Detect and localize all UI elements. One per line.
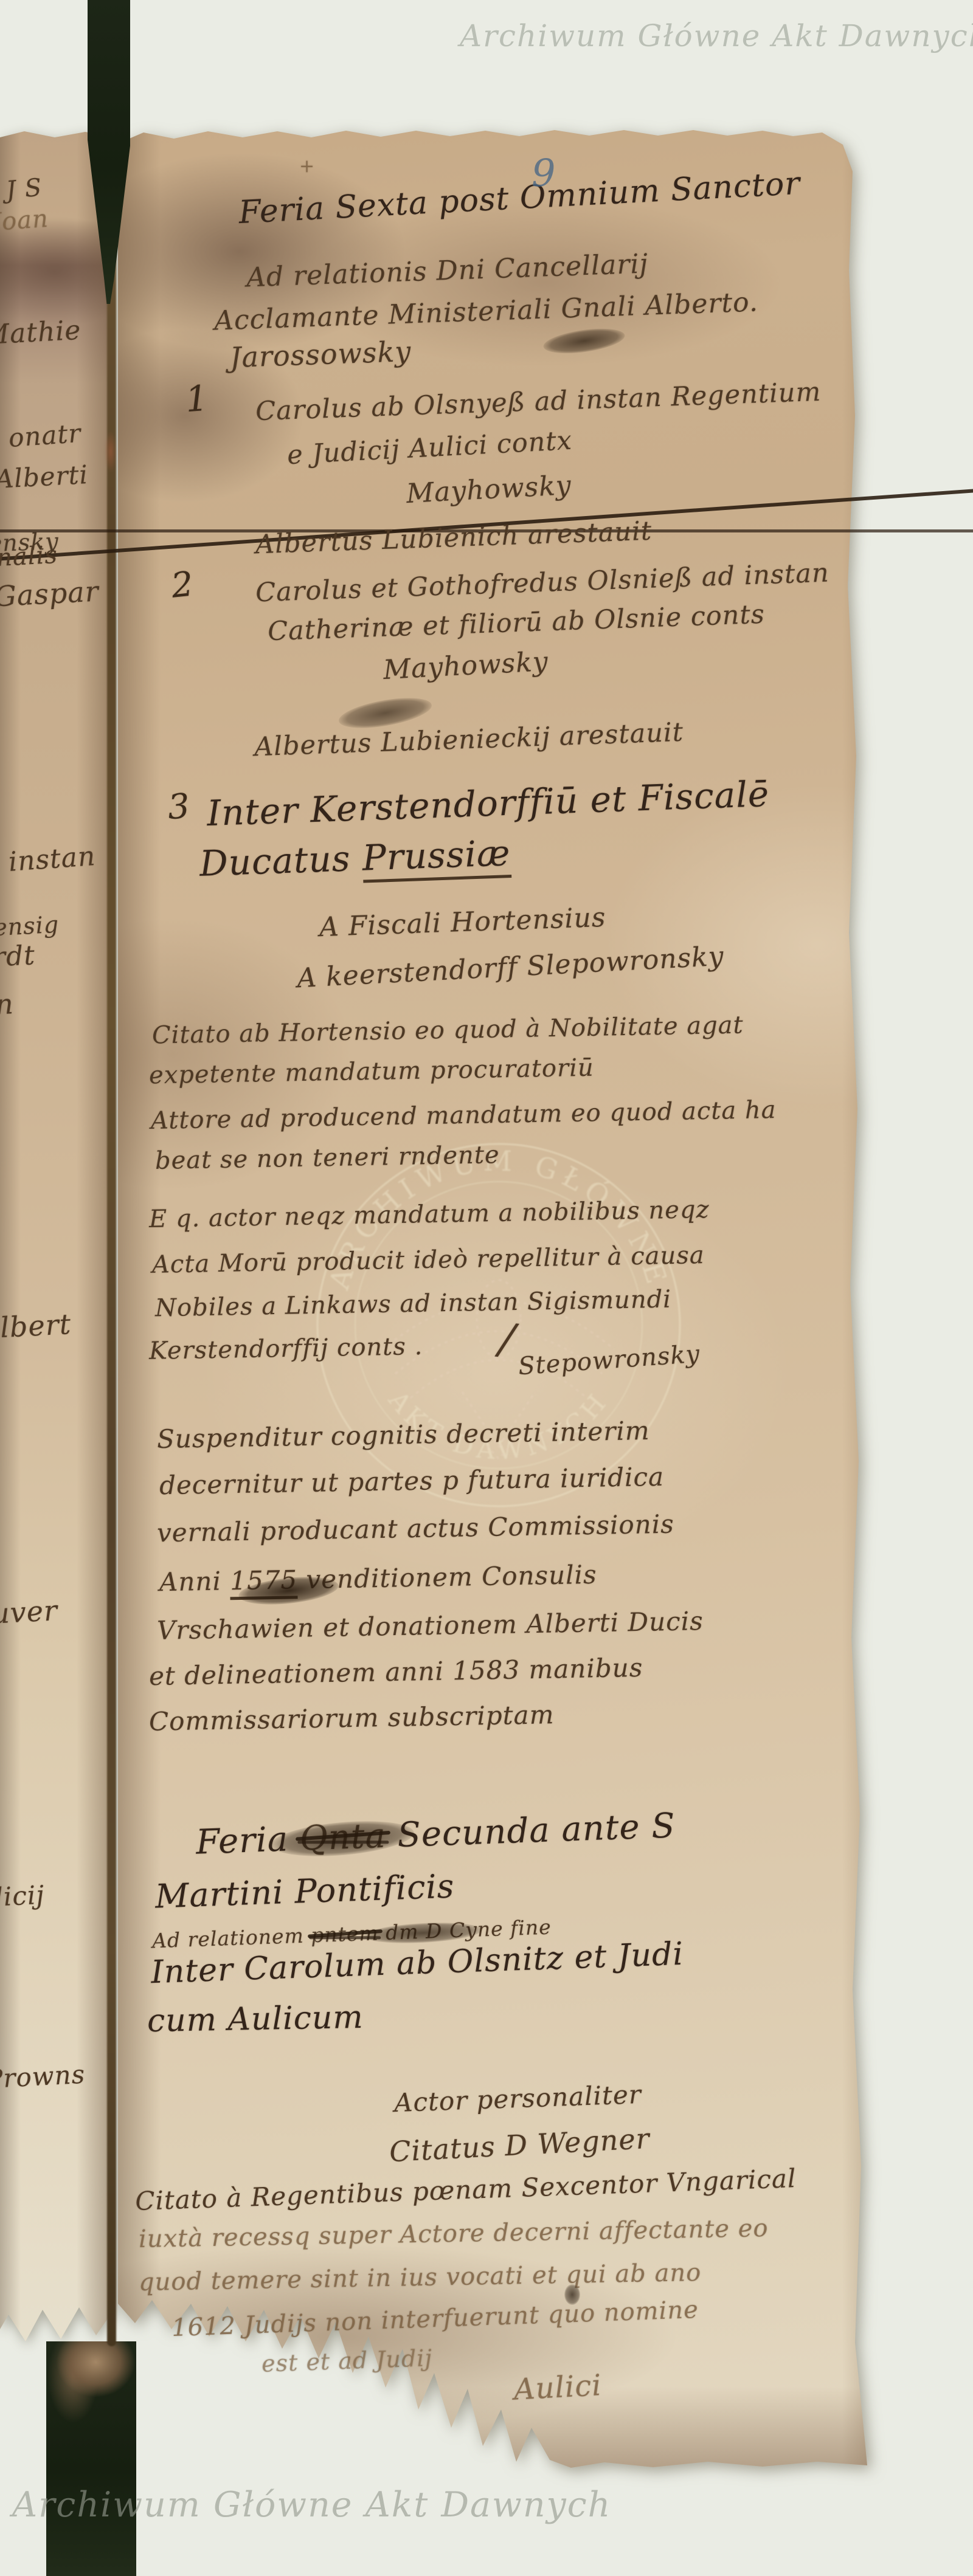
manuscript-line: Catherinæ et filiorū ab Olsnie conts	[267, 599, 765, 647]
manuscript-line: Mayhowsky	[406, 470, 572, 509]
left-fragment: onatr	[7, 418, 81, 453]
left-fragment: rnalis	[0, 541, 58, 573]
left-fragment: rdt	[0, 940, 36, 973]
manuscript-line: Ad relationis Dni Cancellarij	[246, 248, 649, 293]
manuscript-line: vernali producant actus Commissionis	[157, 1509, 674, 1548]
manuscript-line: Attore ad producend mandatum eo quod act…	[151, 1096, 777, 1135]
manuscript-line: decernitur ut partes p futura iuridica	[159, 1462, 665, 1500]
stamp-eagle-icon	[383, 1280, 614, 1459]
manuscript-line: Commissariorum subscriptam	[149, 1700, 555, 1737]
manuscript-line: Inter Carolum ab Olsnitz et Judi	[150, 1936, 684, 1991]
manuscript-line: Stepowronsky	[518, 1340, 701, 1381]
manuscript-line: Citato ab Hortensio eo quod à Nobilitate…	[152, 1011, 744, 1050]
manuscript-line: Ducatus Prussiæ	[199, 832, 511, 884]
left-fragment: Mathie	[0, 315, 82, 351]
manuscript-line: Carolus et Gothofredus Olsnieß ad instan	[255, 558, 829, 608]
manuscript-line: A Fiscali Hortensius	[319, 902, 606, 943]
left-fragment: Alberti	[0, 460, 89, 494]
manuscript-line: Actor personaliter	[393, 2079, 642, 2118]
left-fragment: n	[0, 987, 15, 1021]
ink-blot	[542, 325, 626, 357]
ink-blot	[237, 1572, 339, 1608]
left-page	[0, 129, 113, 2354]
main-page	[118, 124, 876, 2478]
stamp-arc-bottom-text: AKT DAWNYCH	[383, 1385, 615, 1465]
manuscript-line: iuxtà recessq super Actore decerni affec…	[139, 2214, 769, 2253]
left-page-fragments: J SJoanMathieonatrAlbertitenskyrnalisGas…	[0, 0, 973, 2576]
left-fragment: rensig	[0, 911, 60, 942]
manuscript-line: Acta Morū producit ideò repellitur à cau…	[152, 1241, 705, 1279]
left-fragment: Albert	[0, 1307, 72, 1345]
left-page-shadow	[0, 0, 973, 2576]
manuscript-line: et delineationem anni 1583 manibus	[149, 1653, 643, 1691]
manuscript-line: Albertus Lubienich arestauit	[255, 516, 653, 560]
manuscript-line: E q. actor neqz mandatum a nobilibus neq…	[149, 1196, 710, 1233]
manuscript-line: Jarossowsky	[229, 335, 412, 374]
left-fragment: Gaspar	[0, 575, 100, 613]
manuscript-line: Mayhowsky	[383, 646, 549, 686]
manuscript-line: +	[299, 156, 315, 177]
svg-text:AKT DAWNYCH: AKT DAWNYCH	[383, 1385, 615, 1465]
manuscript-line: Ad relationem pntem dm D Cyne fine	[152, 1915, 552, 1953]
manuscript-line: 1612 Judijs non interfuerunt quo nomine	[171, 2296, 699, 2342]
manuscript-line: 1	[184, 377, 210, 420]
manuscript-line: Acclamante Ministeriali Gnali Alberto.	[213, 286, 758, 336]
manuscript-line: Martini Pontificis	[154, 1867, 455, 1915]
left-fragment: tensky	[0, 497, 951, 557]
manuscript-line: Citatus D Wegner	[389, 2122, 651, 2168]
manuscript-line: Inter Kerstendorffiū et Fiscalē	[206, 773, 770, 834]
folio-number: 9	[532, 151, 555, 195]
ink-blot	[564, 2284, 580, 2305]
manuscript-line: Nobiles a Linkaws ad instan Sigismundi	[155, 1286, 672, 1323]
manuscript-line: est et ad Judij	[261, 2344, 433, 2377]
manuscript-line: Suspenditur cognitis decreti interim	[157, 1416, 650, 1454]
manuscript-line: quod temere sint in ius vocati et qui ab…	[139, 2259, 702, 2296]
left-fragment: uver	[0, 1594, 58, 1630]
ink-blot	[270, 1816, 415, 1861]
svg-text:ARCHIWUM GŁÓWNE: ARCHIWUM GŁÓWNE	[322, 1145, 675, 1294]
gutter-fold	[107, 135, 116, 2346]
archive-watermark-top: Archiwum Główne Akt Dawnych	[460, 18, 973, 53]
left-fragment: dicij	[0, 1880, 46, 1913]
manuscript-line: Feria Sexta post Omnium Sanctor	[238, 165, 801, 231]
manuscript-line: A keerstendorff Slepowronsky	[296, 941, 725, 994]
left-fragment: instan	[7, 841, 96, 878]
stamp-arc-top-text: ARCHIWUM GŁÓWNE	[322, 1145, 675, 1294]
manuscript-line: Feria Qnta Secunda ante S	[195, 1806, 676, 1862]
manuscript-line: 2	[170, 564, 196, 605]
manuscript-line: Anni 1575 venditionem Consulis	[159, 1560, 597, 1597]
manuscript-line: Aulici	[513, 2368, 603, 2406]
embossed-stamp: ARCHIWUM GŁÓWNE AKT DAWNYCH	[304, 1131, 693, 1520]
manuscript-line: beat se non teneri rndente	[155, 1141, 500, 1175]
main-page-shadow	[0, 0, 973, 2576]
manuscript-text: +Feria Sexta post Omnium SanctorAd relat…	[0, 0, 973, 2576]
manuscript-line: Albertus Lubienieckij arestauit	[254, 717, 684, 763]
ink-blot	[337, 692, 434, 734]
binding-strap-top	[88, 0, 130, 304]
left-fragment: Joan	[0, 205, 49, 236]
manuscript-line: cum Aulicum	[147, 1999, 364, 2039]
left-fragment: Prowns	[0, 2059, 86, 2095]
binding-strap-bottom	[46, 2341, 136, 2576]
manuscript-line: 3	[167, 787, 192, 827]
manuscript-line: /	[497, 1314, 518, 1365]
manuscript-line: Vrschawien et donationem Alberti Ducis	[157, 1606, 704, 1645]
archive-scan: ARCHIWUM GŁÓWNE AKT DAWNYCH J SJoanMathi…	[0, 0, 973, 2576]
manuscript-line: Carolus ab Olsnyeß ad instan Regentium	[255, 377, 822, 427]
manuscript-line: e Judicij Aulici contx	[286, 425, 573, 470]
ink-blot	[363, 1920, 482, 1946]
manuscript-line: Kerstendorffij conts .	[149, 1332, 423, 1365]
left-fragment: J S	[5, 174, 43, 205]
manuscript-line: Citato à Regentibus pœnam Sexcentor Vnga…	[134, 2163, 797, 2216]
manuscript-line: expetente mandatum procuratoriū	[149, 1054, 594, 1090]
